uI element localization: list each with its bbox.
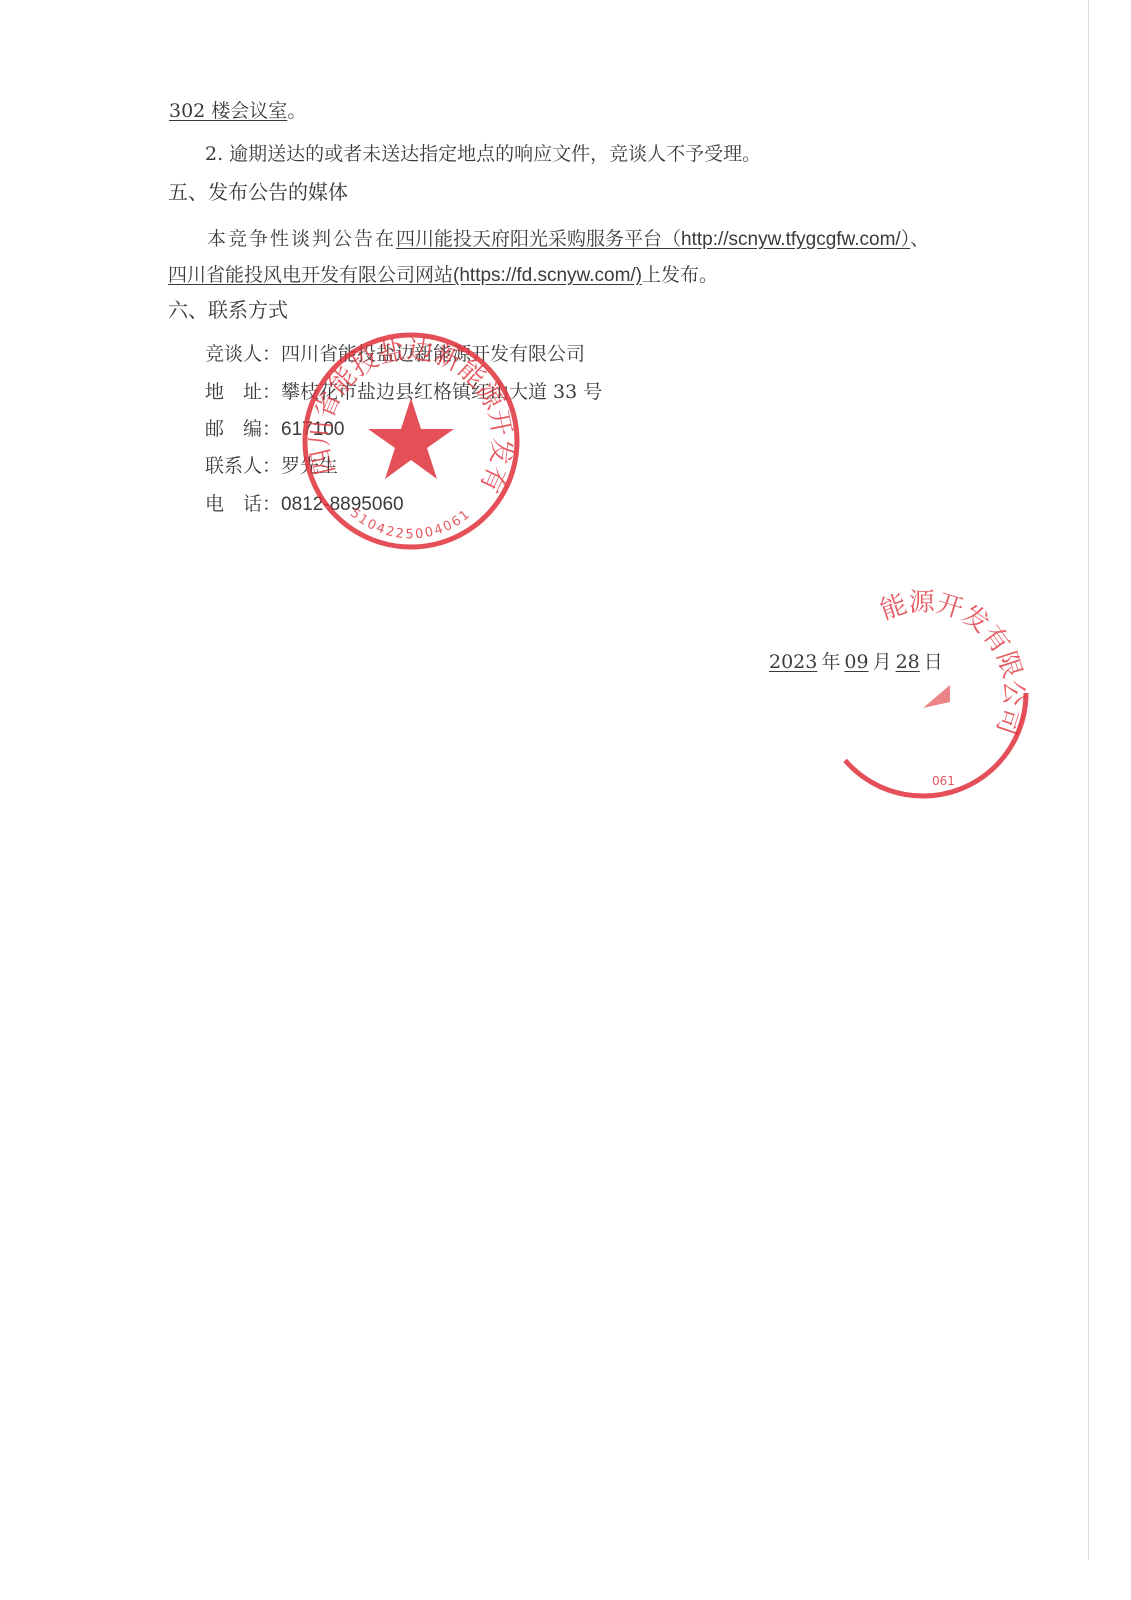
- contact-row: 邮 编：617100: [205, 417, 344, 442]
- document-page: 302 楼会议室。 2. 逾期送达的或者未送达指定地点的响应文件，竞谈人不予受理…: [0, 0, 1131, 1600]
- contact-row: 联系人：罗先生: [205, 454, 338, 478]
- contact-value: 617100: [281, 419, 344, 440]
- section-6-heading: 六、联系方式: [168, 298, 288, 322]
- contact-row: 电 话：0812-8895060: [205, 492, 404, 517]
- contact-value: 罗先生: [281, 455, 338, 477]
- scan-edge-line: [1088, 0, 1089, 1560]
- star-icon: [368, 398, 454, 479]
- item-2-text: 2. 逾期送达的或者未送达指定地点的响应文件，竞谈人不予受理。: [205, 142, 761, 166]
- continuation-line: 302 楼会议室。: [169, 99, 306, 123]
- platform-link[interactable]: 四川能投天府阳光采购服务平台（http://scnyw.tfygcgfw.com…: [396, 228, 910, 250]
- section-5-paragraph-line-2: 四川省能投风电开发有限公司网站(https://fd.scnyw.com/)上发…: [168, 263, 718, 288]
- partial-seal-stamp: 能源开发有限公司 061: [810, 580, 1030, 800]
- contact-label: 电 话：: [205, 492, 281, 516]
- contact-row: 竞谈人：四川省能投盐边新能源开发有限公司: [205, 342, 585, 366]
- company-website-link[interactable]: 四川省能投风电开发有限公司网站(https://fd.scnyw.com/): [168, 264, 642, 286]
- contact-value: 四川省能投盐边新能源开发有限公司: [281, 343, 585, 365]
- document-date: 2023年09月28日: [769, 650, 943, 674]
- contact-row: 地 址：攀枝花市盐边县红格镇红山大道 33 号: [205, 380, 602, 404]
- svg-text:061: 061: [932, 774, 955, 788]
- star-icon: [923, 685, 950, 708]
- section-5-paragraph-line-1: 本竞争性谈判公告在四川能投天府阳光采购服务平台（http://scnyw.tfy…: [207, 227, 929, 252]
- section-5-heading: 五、发布公告的媒体: [168, 180, 348, 204]
- contact-value: 攀枝花市盐边县红格镇红山大道 33 号: [281, 381, 602, 403]
- contact-label: 联系人：: [205, 454, 281, 478]
- contact-label: 竞谈人：: [205, 342, 281, 366]
- meeting-room-text: 302 楼会议室: [169, 100, 287, 122]
- contact-label: 邮 编：: [205, 417, 281, 441]
- contact-value: 0812-8895060: [281, 494, 404, 515]
- contact-label: 地 址：: [205, 380, 281, 404]
